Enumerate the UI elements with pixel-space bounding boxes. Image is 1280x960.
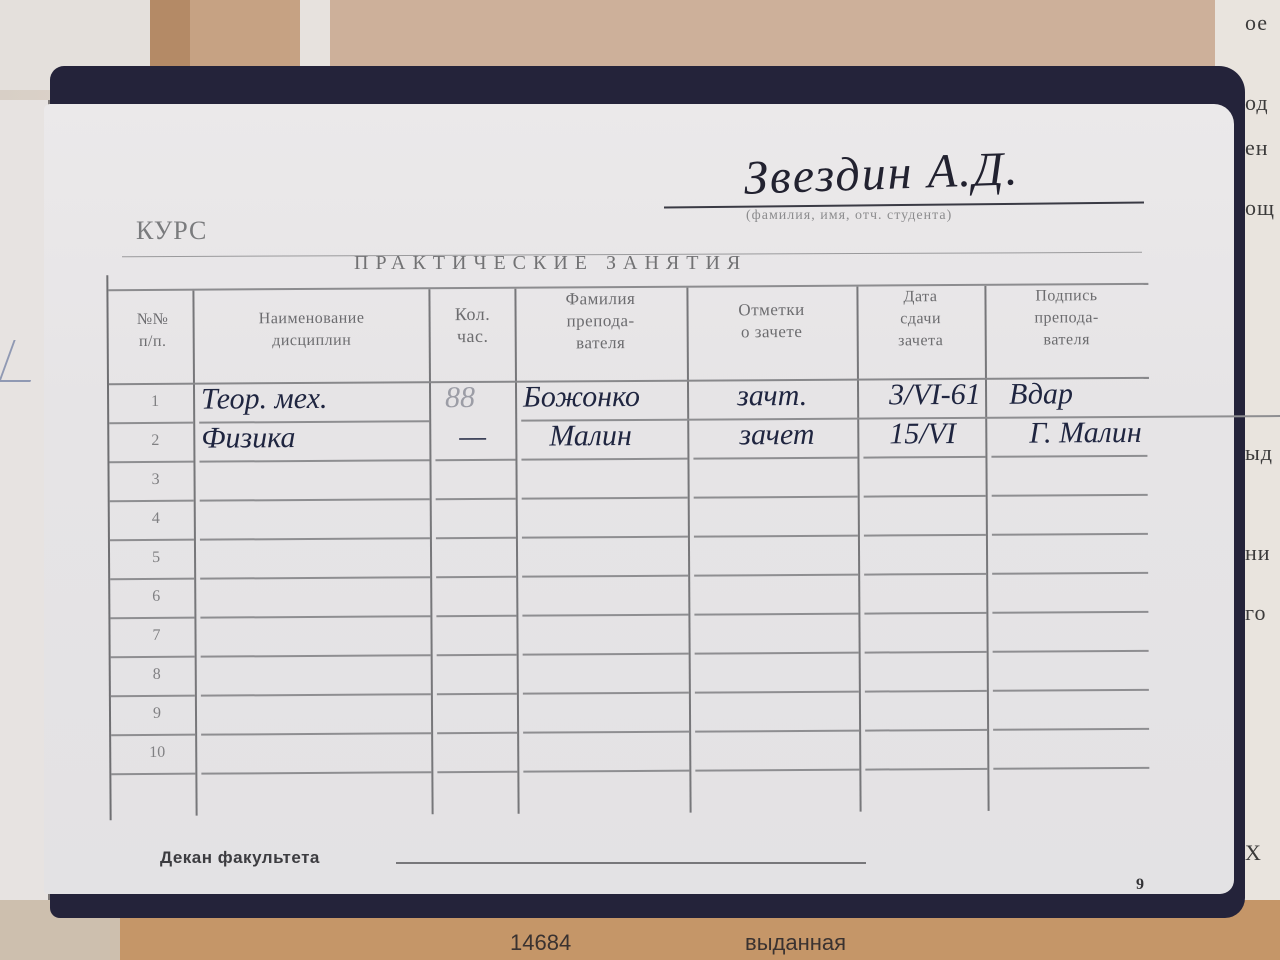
cell-signature: Вдар [1009,377,1073,411]
cell-hours: 88 [445,381,475,415]
cell-date: 15/VI [889,417,956,451]
cell-discipline: Физика [201,421,295,456]
table-row: 10 [111,730,1151,775]
row-number: 10 [121,744,193,762]
cell-date: 3/VI-61 [889,378,981,413]
header-num: №№ п/п. [115,309,191,353]
cell-teacher: Божонко [523,380,640,415]
dean-signature-line [396,862,866,864]
table-row: 6 [110,574,1150,619]
row-number: 5 [120,549,192,567]
page-number: 9 [1136,876,1144,894]
cell-mark: зачт. [737,379,807,413]
cell-signature: Г. Малин [1029,416,1142,451]
background-text: ен [1245,135,1269,161]
student-name: Звездин А.Д. [743,141,1020,206]
background-text: 14684 [510,930,571,956]
row-number: 4 [120,510,192,528]
table-row: 1 Теор. мех. 88 Божонко зачт. 3/VI-61 Вд… [109,379,1149,424]
table-row: 5 [110,535,1150,580]
table-row: 7 [110,613,1150,658]
header-date: Дата сдачи зачета [858,286,982,353]
practical-classes-table: №№ п/п. Наименование дисциплин Кол. час.… [106,283,1159,814]
row-number: 8 [121,666,193,684]
left-facing-page [0,100,50,900]
background-text: ыд [1245,440,1273,466]
student-caption: (фамилия, имя, отч. студента) [746,208,952,224]
table-row: 8 [111,652,1151,697]
table-row: 3 [109,457,1149,502]
header-signature: Подпись препода- вателя [986,285,1146,352]
course-label: КУРС [136,216,207,246]
header-hours: Кол. час. [432,303,512,347]
table-row: 4 [110,496,1150,541]
header-teacher: Фамилия препода- вателя [516,288,684,355]
row-number: 9 [121,705,193,723]
section-title: ПРАКТИЧЕСКИЕ ЗАНЯТИЯ [354,252,747,275]
dean-label: Декан факультета [160,848,320,868]
row-number: 1 [119,393,191,411]
background-text: выданная [745,930,846,956]
header-discipline: Наименование дисциплин [197,307,427,352]
background-text: ни [1245,540,1271,566]
cell-discipline: Теор. мех. [201,382,328,417]
row-number: 7 [120,627,192,645]
header-mark: Отметки о зачете [688,299,854,344]
row-number: 2 [119,432,191,450]
background-text: ое [1245,10,1268,36]
cell-mark: зачет [739,418,814,452]
background-text: ощ [1245,195,1275,221]
table-row: 9 [111,691,1151,736]
ink-mark [0,340,46,382]
record-book-page: Звездин А.Д. (фамилия, имя, отч. студент… [44,104,1234,894]
cell-hours: — [459,420,486,454]
table-row: 2 Физика — Малин зачет 15/VI Г. Малин [109,418,1149,463]
row-number: 3 [120,471,192,489]
background-text: од [1245,90,1269,116]
background-text: Х [1245,840,1262,866]
row-number: 6 [120,588,192,606]
background-text: го [1245,600,1266,626]
cell-teacher: Малин [549,419,632,454]
